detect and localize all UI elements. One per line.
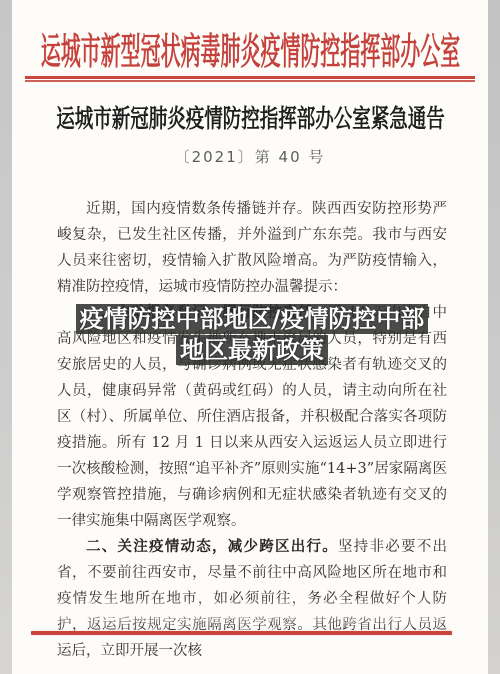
notice-title: 运城市新冠肺炎疫情防控指挥部办公室紧急通告: [0, 102, 500, 132]
photo-right-edge: [488, 0, 500, 674]
caption-overlay: 疫情防控中部地区/疫情防控中部地区最新政策: [66, 305, 438, 367]
paragraph-intro-text: 近期，国内疫情数条传播链并存。陕西西安防控形势严峻复杂，已发生社区传播，并外溢到…: [57, 201, 447, 295]
document-number: 〔2021〕第 40 号: [0, 146, 500, 167]
letterhead-divider-thin-line: [25, 80, 475, 82]
paragraph-intro: 近期，国内疫情数条传播链并存。陕西西安防控形势严峻复杂，已发生社区传播，并外溢到…: [57, 196, 447, 300]
photo-left-edge: [0, 0, 12, 674]
footer-divider: [31, 631, 452, 635]
paragraph-section-2-lead: 二、关注疫情动态，减少跨区出行。: [86, 538, 338, 555]
notice-body: 近期，国内疫情数条传播链并存。陕西西安防控形势严峻复杂，已发生社区传播，并外溢到…: [57, 196, 447, 664]
paragraph-section-2-text: 坚持非必要不出省，不要前往西安市，尽量不前往中高风险地区所在地市和疫情发生地所在…: [57, 539, 447, 659]
notice-title-text: 运城市新冠肺炎疫情防控指挥部办公室紧急通告: [56, 99, 445, 135]
letterhead-org-name: 运城市新型冠状病毒肺炎疫情防控指挥部办公室: [40, 31, 460, 71]
letterhead-divider: [25, 76, 475, 82]
caption-overlay-text: 疫情防控中部地区/疫情防控中部地区最新政策: [76, 304, 429, 365]
letterhead-banner: 运城市新型冠状病毒肺炎疫情防控指挥部办公室: [0, 28, 500, 74]
paragraph-section-2: 二、关注疫情动态，减少跨区出行。坚持非必要不出省，不要前往西安市，尽量不前往中高…: [57, 534, 447, 664]
notice-photo: 运城市新型冠状病毒肺炎疫情防控指挥部办公室 运城市新冠肺炎疫情防控指挥部办公室紧…: [0, 0, 500, 674]
